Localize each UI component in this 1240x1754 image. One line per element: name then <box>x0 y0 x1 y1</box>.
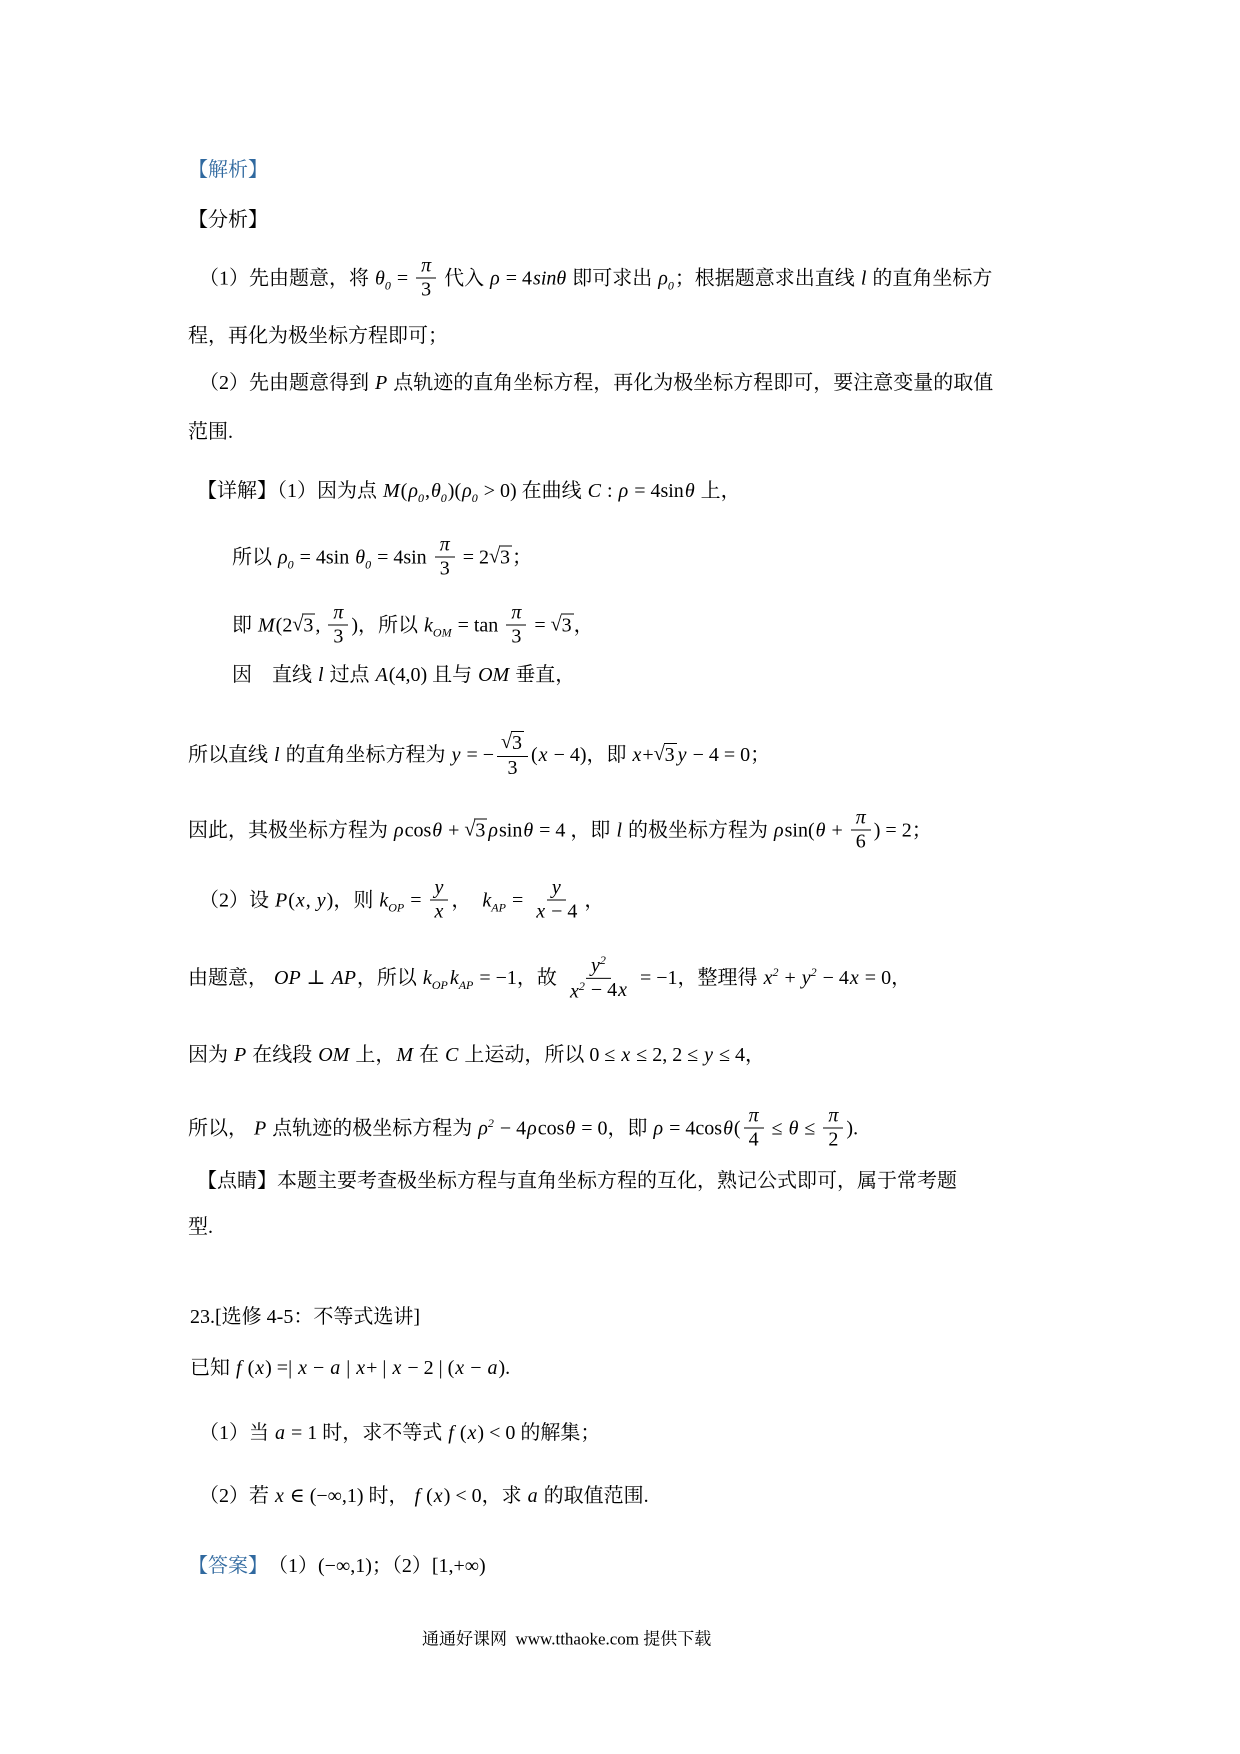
text-run: 垂直， <box>510 662 575 688</box>
text-run: : <box>602 478 618 504</box>
text-run: 即 <box>232 612 257 638</box>
text-run: − 4 = 0； <box>688 742 771 768</box>
text-run: | <box>341 1355 355 1381</box>
square-root: √3 <box>551 613 574 637</box>
math-var: y <box>316 887 327 913</box>
text-run: ，所以 <box>357 965 422 991</box>
math-var: C <box>587 478 602 504</box>
math-var: P <box>253 1115 267 1141</box>
text-run: = 4sin <box>629 478 684 504</box>
math-var: y <box>703 1042 714 1068</box>
math-var: y2 <box>590 954 607 977</box>
radicand: 3 <box>511 731 524 755</box>
text-run: ( <box>421 1483 433 1509</box>
math-var: ρ <box>526 1115 538 1141</box>
superscript: 2 <box>600 953 606 967</box>
fraction: π2 <box>823 1106 843 1151</box>
fraction-denominator: 3 <box>507 626 525 648</box>
text-run: − 4 <box>586 980 617 1001</box>
fraction-denominator: x − 4 <box>531 901 581 923</box>
fraction: π3 <box>506 603 526 648</box>
radicand: 3 <box>561 613 574 637</box>
fraction-denominator: 3 <box>417 279 435 301</box>
math-var: OP <box>273 965 302 991</box>
text-run: − 2 | ( <box>402 1355 454 1381</box>
fraction: π3 <box>416 256 436 301</box>
fraction-numerator: π <box>851 808 871 831</box>
math-var: x <box>433 1483 444 1509</box>
part2-setup: （2）设 P(x, y)，则 kOP = yx， kAP = yx − 4， <box>199 878 604 923</box>
text-run: 所以直线 <box>188 742 273 768</box>
math-var: x <box>434 902 445 923</box>
document-page: 【解析】【分析】（1）先由题意，将 θ0 = π3 代入 ρ = 4sinθ 即… <box>0 0 1240 1754</box>
subscript: 0 <box>288 557 294 571</box>
math-var: θ0 <box>430 478 448 504</box>
text-run: 程，再化为极坐标方程即可； <box>188 323 448 349</box>
text-run: ， <box>451 887 481 913</box>
text-run: = −1，整理得 <box>635 965 763 991</box>
text-run: 3 <box>511 627 521 648</box>
text-run: ⊥ <box>302 965 331 991</box>
text-run: = 4 <box>501 265 532 291</box>
math-var: θ <box>564 1115 576 1141</box>
text-run: 3 <box>440 559 450 580</box>
text-run: 3 <box>508 758 518 779</box>
math-var: P <box>274 887 288 913</box>
math-var: ρ0 <box>461 478 479 504</box>
math-var: y <box>551 878 562 899</box>
subscript: 0 <box>385 278 391 292</box>
subscript: AP <box>459 978 474 992</box>
math-var: kAP <box>449 965 475 991</box>
answer-line: 【答案】（1）(−∞,1)；（2）[1,+∞) <box>188 1553 486 1579</box>
math-var: ρ <box>393 817 405 843</box>
fraction-numerator: π <box>328 603 348 626</box>
math-var: ρ <box>487 817 499 843</box>
detail-part1: 【详解】（1）因为点 M(ρ0,θ0)(ρ0 > 0) 在曲线 C : ρ = … <box>197 478 741 504</box>
part2-result: 所以， P 点轨迹的极坐标方程为 ρ2 − 4ρcosθ = 0，即 ρ = 4… <box>188 1106 858 1151</box>
fraction-numerator: π <box>744 1106 764 1129</box>
math-var: x <box>274 1483 285 1509</box>
math-var: ρ0 <box>657 265 675 291</box>
subscript: 0 <box>418 491 424 505</box>
math-var: x <box>535 902 546 923</box>
text-run: sin( <box>785 817 815 843</box>
math-var: AP <box>330 965 356 991</box>
math-var: x2 <box>763 965 780 991</box>
radicand: 3 <box>664 743 677 767</box>
text-run: ∈ (−∞,1) 时， <box>285 1483 414 1509</box>
subscript: OM <box>433 625 452 639</box>
text-run: 由题意， <box>188 965 273 991</box>
text-run: 的直角坐标方程为 <box>281 742 451 768</box>
text-run: （2）先由题意得到 <box>199 370 374 396</box>
text-run: − 4 <box>495 1115 526 1141</box>
text-run: （1）当 <box>199 1420 274 1446</box>
problem-23-given: 已知 f (x) =| x − a | x+ | x − 2 | (x − a)… <box>190 1355 510 1381</box>
derivation-polar-eq: 因此，其极坐标方程为 ρcosθ + √3ρsinθ = 4 ，即 l 的极坐标… <box>188 808 932 853</box>
math-var: OM <box>317 1042 350 1068</box>
text-run: − <box>308 1355 329 1381</box>
math-var: kOP <box>422 965 449 991</box>
text-run: 上， <box>350 1042 395 1068</box>
math-var: θ <box>684 478 696 504</box>
text-run: ) = 2； <box>874 817 932 843</box>
problem-23-q1: （1）当 a = 1 时，求不等式 f (x) < 0 的解集； <box>199 1420 600 1446</box>
text-run: 【详解】（1）因为点 <box>197 478 382 504</box>
analysis-step-1: （1）先由题意，将 θ0 = π3 代入 ρ = 4sinθ 即可求出 ρ0；根… <box>199 256 992 301</box>
math-var: π <box>855 808 867 829</box>
math-var: ρ <box>773 817 785 843</box>
text-run: 2 <box>828 1130 838 1151</box>
jiexi-label: 【解析】 <box>188 157 268 183</box>
math-var: ρ0 <box>407 478 425 504</box>
text-run: + <box>642 742 653 768</box>
math-var: a <box>486 1355 498 1381</box>
text-run: 3 <box>333 627 343 648</box>
text-run: − 4 <box>546 902 577 923</box>
fraction-numerator: π <box>435 535 455 558</box>
superscript: 2 <box>772 965 778 979</box>
subscript: OP <box>388 900 404 914</box>
derivation-line-condition: 因 直线 l 过点 A(4,0) 且与 OM 垂直， <box>232 662 575 688</box>
math-var: ρ0 <box>277 544 295 570</box>
text-run: = 4 ，即 <box>534 817 615 843</box>
superscript: 2 <box>488 1115 494 1129</box>
math-var: M <box>257 612 276 638</box>
math-var: y2 <box>801 965 818 991</box>
text-run: （2）设 <box>199 887 274 913</box>
dianjing-note: 【点睛】本题主要考查极坐标方程与直角坐标方程的互化，熟记公式即可，属于常考题 <box>197 1168 957 1194</box>
superscript: 2 <box>811 965 817 979</box>
math-var: C <box>444 1042 459 1068</box>
fraction: √33 <box>497 731 528 779</box>
text-run: 已知 <box>190 1355 235 1381</box>
text-run: ≤ 2, 2 ≤ <box>631 1042 703 1068</box>
text-run: 6 <box>856 832 866 853</box>
math-var: ρ <box>618 478 630 504</box>
math-var: l <box>860 265 868 291</box>
math-var: P <box>233 1042 247 1068</box>
text-run: 【分析】 <box>188 207 268 233</box>
radicand: 3 <box>499 545 512 569</box>
fraction: π6 <box>851 808 871 853</box>
text-run: （2）若 <box>199 1483 274 1509</box>
subscript: 0 <box>365 557 371 571</box>
text-run: )( <box>448 478 461 504</box>
math-var: a <box>274 1420 286 1446</box>
text-run: (4,0) 且与 <box>389 662 477 688</box>
math-var: sinθ <box>532 265 567 291</box>
fraction-numerator: √3 <box>497 731 528 757</box>
text-run: sin <box>499 817 522 843</box>
subscript: AP <box>491 900 506 914</box>
text-run: 上运动，所以 0 ≤ <box>459 1042 620 1068</box>
math-var: θ <box>722 1115 734 1141</box>
text-run: （1）(−∞,1)；（2）[1,+∞) <box>268 1553 486 1579</box>
text-run: 点轨迹的极坐标方程为 <box>267 1115 477 1141</box>
text-run: + | <box>366 1355 391 1381</box>
fraction-denominator: x2 − 4x <box>565 979 632 1003</box>
text-run: 【点睛】本题主要考查极坐标方程与直角坐标方程的互化，熟记公式即可，属于常考题 <box>197 1168 957 1194</box>
text-run: (2 <box>276 612 293 638</box>
text-run: ( <box>288 887 295 913</box>
math-var: x <box>617 980 628 1001</box>
page-footer: 通通好课网 www.tthaoke.com 提供下载 <box>422 1625 711 1650</box>
square-root: √3 <box>501 731 524 755</box>
text-run: cos <box>405 817 432 843</box>
math-var: x <box>297 1355 308 1381</box>
math-var: a <box>527 1483 539 1509</box>
math-var: θ0 <box>354 544 372 570</box>
math-var: π <box>439 535 451 556</box>
text-run: , <box>306 887 316 913</box>
text-run: + <box>826 817 847 843</box>
text-run: 【答案】 <box>188 1553 268 1579</box>
math-var: θ <box>522 817 534 843</box>
math-var: x <box>391 1355 402 1381</box>
math-var: x <box>632 742 643 768</box>
text-run: ；根据题意求出直线 <box>675 265 860 291</box>
math-var: θ <box>431 817 443 843</box>
math-var: θ <box>815 817 827 843</box>
math-var: A <box>375 662 389 688</box>
math-var: f <box>447 1420 455 1446</box>
math-var: kOP <box>378 887 405 913</box>
text-run: = 1 时，求不等式 <box>286 1420 447 1446</box>
text-run: ) < 0 的解集； <box>477 1420 600 1446</box>
math-var: y <box>434 878 445 899</box>
text-run: = − <box>461 742 494 768</box>
text-run: ). <box>498 1355 510 1381</box>
math-var: x <box>467 1420 478 1446</box>
square-root: √3 <box>464 818 487 842</box>
fraction: y2x2 − 4x <box>565 954 632 1002</box>
math-var: l <box>615 817 623 843</box>
math-var: x <box>454 1355 465 1381</box>
fraction-numerator: π <box>506 603 526 626</box>
text-run: 在线段 <box>247 1042 317 1068</box>
math-var: l <box>317 662 325 688</box>
text-run: 过点 <box>325 662 375 688</box>
text-run: 的直角坐标方 <box>867 265 992 291</box>
subscript: 0 <box>472 491 478 505</box>
math-var: ρ <box>653 1115 665 1141</box>
subscript: OP <box>432 978 448 992</box>
text-run: （1）先由题意，将 <box>199 265 374 291</box>
text-run: = −1，故 <box>474 965 562 991</box>
text-run: ≤ <box>799 1115 820 1141</box>
text-run: = <box>392 265 413 291</box>
text-run: ( <box>531 742 538 768</box>
fraction: yx − 4 <box>531 878 581 923</box>
math-var: π <box>332 603 344 624</box>
math-var: x <box>295 887 306 913</box>
math-var: ρ2 <box>477 1115 495 1141</box>
superscript: 2 <box>579 979 585 993</box>
radicand: 3 <box>474 818 487 842</box>
math-var: x2 <box>569 980 586 1003</box>
text-run: 上， <box>696 478 741 504</box>
math-var: π <box>420 256 432 277</box>
fraction-denominator: 4 <box>745 1129 763 1151</box>
math-var: M <box>395 1042 414 1068</box>
problem-23-q2: （2）若 x ∈ (−∞,1) 时， f (x) < 0，求 a 的取值范围. <box>199 1483 649 1509</box>
text-run: ). <box>846 1115 858 1141</box>
text-run: + <box>443 817 464 843</box>
fraction: π4 <box>744 1106 764 1151</box>
square-root: √3 <box>654 743 677 767</box>
fraction: π3 <box>328 603 348 648</box>
math-var: π <box>827 1106 839 1127</box>
math-var: θ <box>788 1115 800 1141</box>
text-run: 所以 <box>232 544 277 570</box>
part2-perpendicular: 由题意， OP ⊥ AP，所以 kOPkAP = −1，故 y2x2 − 4x … <box>188 954 911 1002</box>
fraction-denominator: 2 <box>824 1129 842 1151</box>
math-var: π <box>510 603 522 624</box>
fraction-numerator: y2 <box>586 954 611 979</box>
text-run: 的取值范围. <box>539 1483 649 1509</box>
text-run: 【解析】 <box>188 157 268 183</box>
text-run: 所以， <box>188 1115 253 1141</box>
text-run: = 0，即 <box>576 1115 652 1141</box>
derivation-point-m: 即 M(2√3, π3)，所以 kOM = tan π3 = √3， <box>232 603 594 648</box>
text-run: = 2 <box>458 544 489 570</box>
text-run: 4 <box>749 1130 759 1151</box>
text-run: = <box>529 612 550 638</box>
fraction-denominator: 3 <box>436 558 454 580</box>
fraction-denominator: 6 <box>852 831 870 853</box>
text-run: , <box>315 612 325 638</box>
fraction-denominator: 3 <box>504 757 522 779</box>
fraction: yx <box>430 878 449 923</box>
subscript: 0 <box>441 491 447 505</box>
analysis-step-2: （2）先由题意得到 P 点轨迹的直角坐标方程，再化为极坐标方程即可，要注意变量的… <box>199 370 993 396</box>
text-run: 3 <box>421 280 431 301</box>
math-var: x <box>254 1355 265 1381</box>
text-run: > 0) 在曲线 <box>479 478 587 504</box>
math-var: ρ <box>489 265 501 291</box>
math-var: θ0 <box>374 265 392 291</box>
fraction-denominator: 3 <box>329 626 347 648</box>
text-run: = 4sin <box>295 544 355 570</box>
square-root: √3 <box>489 545 512 569</box>
text-run: = tan <box>453 612 504 638</box>
text-run: 在 <box>414 1042 444 1068</box>
fraction-denominator: x <box>430 901 449 923</box>
text-run: )，所以 <box>351 612 423 638</box>
text-run: ( <box>401 478 408 504</box>
text-run: = <box>507 887 528 913</box>
text-run: cos <box>538 1115 565 1141</box>
analysis-step-1-cont: 程，再化为极坐标方程即可； <box>188 323 448 349</box>
text-run: 23.[选修 4-5：不等式选讲] <box>190 1304 420 1330</box>
derivation-rho0: 所以 ρ0 = 4sin θ0 = 4sin π3 = 2√3； <box>232 535 532 580</box>
math-var: x <box>538 742 549 768</box>
text-run: 的极坐标方程为 <box>623 817 773 843</box>
math-var: l <box>273 742 281 768</box>
text-run: = 0， <box>860 965 911 991</box>
dianjing-note-cont: 型. <box>188 1214 213 1240</box>
math-var: y <box>677 742 688 768</box>
text-run: ( <box>455 1420 467 1446</box>
math-var: M <box>382 478 401 504</box>
math-var: π <box>748 1106 760 1127</box>
math-var: x <box>849 965 860 991</box>
fraction-numerator: y <box>547 878 566 901</box>
math-var: f <box>235 1355 243 1381</box>
text-run: 点轨迹的直角坐标方程，再化为极坐标方程即可，要注意变量的取值 <box>388 370 993 396</box>
text-run: = <box>405 887 426 913</box>
text-run: + <box>779 965 800 991</box>
math-var: x <box>355 1355 366 1381</box>
text-run: ≤ <box>767 1115 788 1141</box>
text-run: 因 直线 <box>232 662 317 688</box>
text-run: ) =| <box>265 1355 297 1381</box>
part2-range: 因为 P 在线段 OM 上，M 在 C 上运动，所以 0 ≤ x ≤ 2, 2 … <box>188 1042 765 1068</box>
text-run: = 4cos <box>664 1115 722 1141</box>
text-run: )，则 <box>327 887 379 913</box>
derivation-line-eq: 所以直线 l 的直角坐标方程为 y = −√33(x − 4)，即 x+√3y … <box>188 731 770 779</box>
text-run: − 4 <box>818 965 849 991</box>
subscript: 0 <box>668 278 674 292</box>
square-root: √3 <box>292 613 315 637</box>
text-run: 代入 <box>439 265 489 291</box>
fraction-numerator: π <box>823 1106 843 1129</box>
text-run: 因此，其极坐标方程为 <box>188 817 393 843</box>
math-var: OM <box>477 662 510 688</box>
text-run: ， <box>584 887 604 913</box>
text-run: = 4sin <box>372 544 432 570</box>
text-run: 范围. <box>188 419 233 445</box>
math-var: a <box>329 1355 341 1381</box>
text-run: − 4)，即 <box>549 742 632 768</box>
text-run: ≤ 4， <box>714 1042 765 1068</box>
fraction: π3 <box>435 535 455 580</box>
fenxi-label: 【分析】 <box>188 207 268 233</box>
fraction-numerator: π <box>416 256 436 279</box>
math-var: kOM <box>423 612 453 638</box>
math-var: y <box>451 742 462 768</box>
text-run: 型. <box>188 1214 213 1240</box>
text-run: 即可求出 <box>567 265 657 291</box>
text-run: ( <box>243 1355 255 1381</box>
math-var: f <box>414 1483 422 1509</box>
math-var: P <box>374 370 388 396</box>
text-run: ， <box>574 612 594 638</box>
text-run: ) < 0，求 <box>444 1483 527 1509</box>
fraction-numerator: y <box>430 878 449 901</box>
analysis-step-2-cont: 范围. <box>188 419 233 445</box>
text-run: 因为 <box>188 1042 233 1068</box>
text-run: − <box>465 1355 486 1381</box>
text-run: ； <box>512 544 532 570</box>
problem-23-header: 23.[选修 4-5：不等式选讲] <box>190 1304 420 1330</box>
math-var: x <box>620 1042 631 1068</box>
text-run: ( <box>734 1115 741 1141</box>
radicand: 3 <box>302 613 315 637</box>
math-var: kAP <box>481 887 507 913</box>
